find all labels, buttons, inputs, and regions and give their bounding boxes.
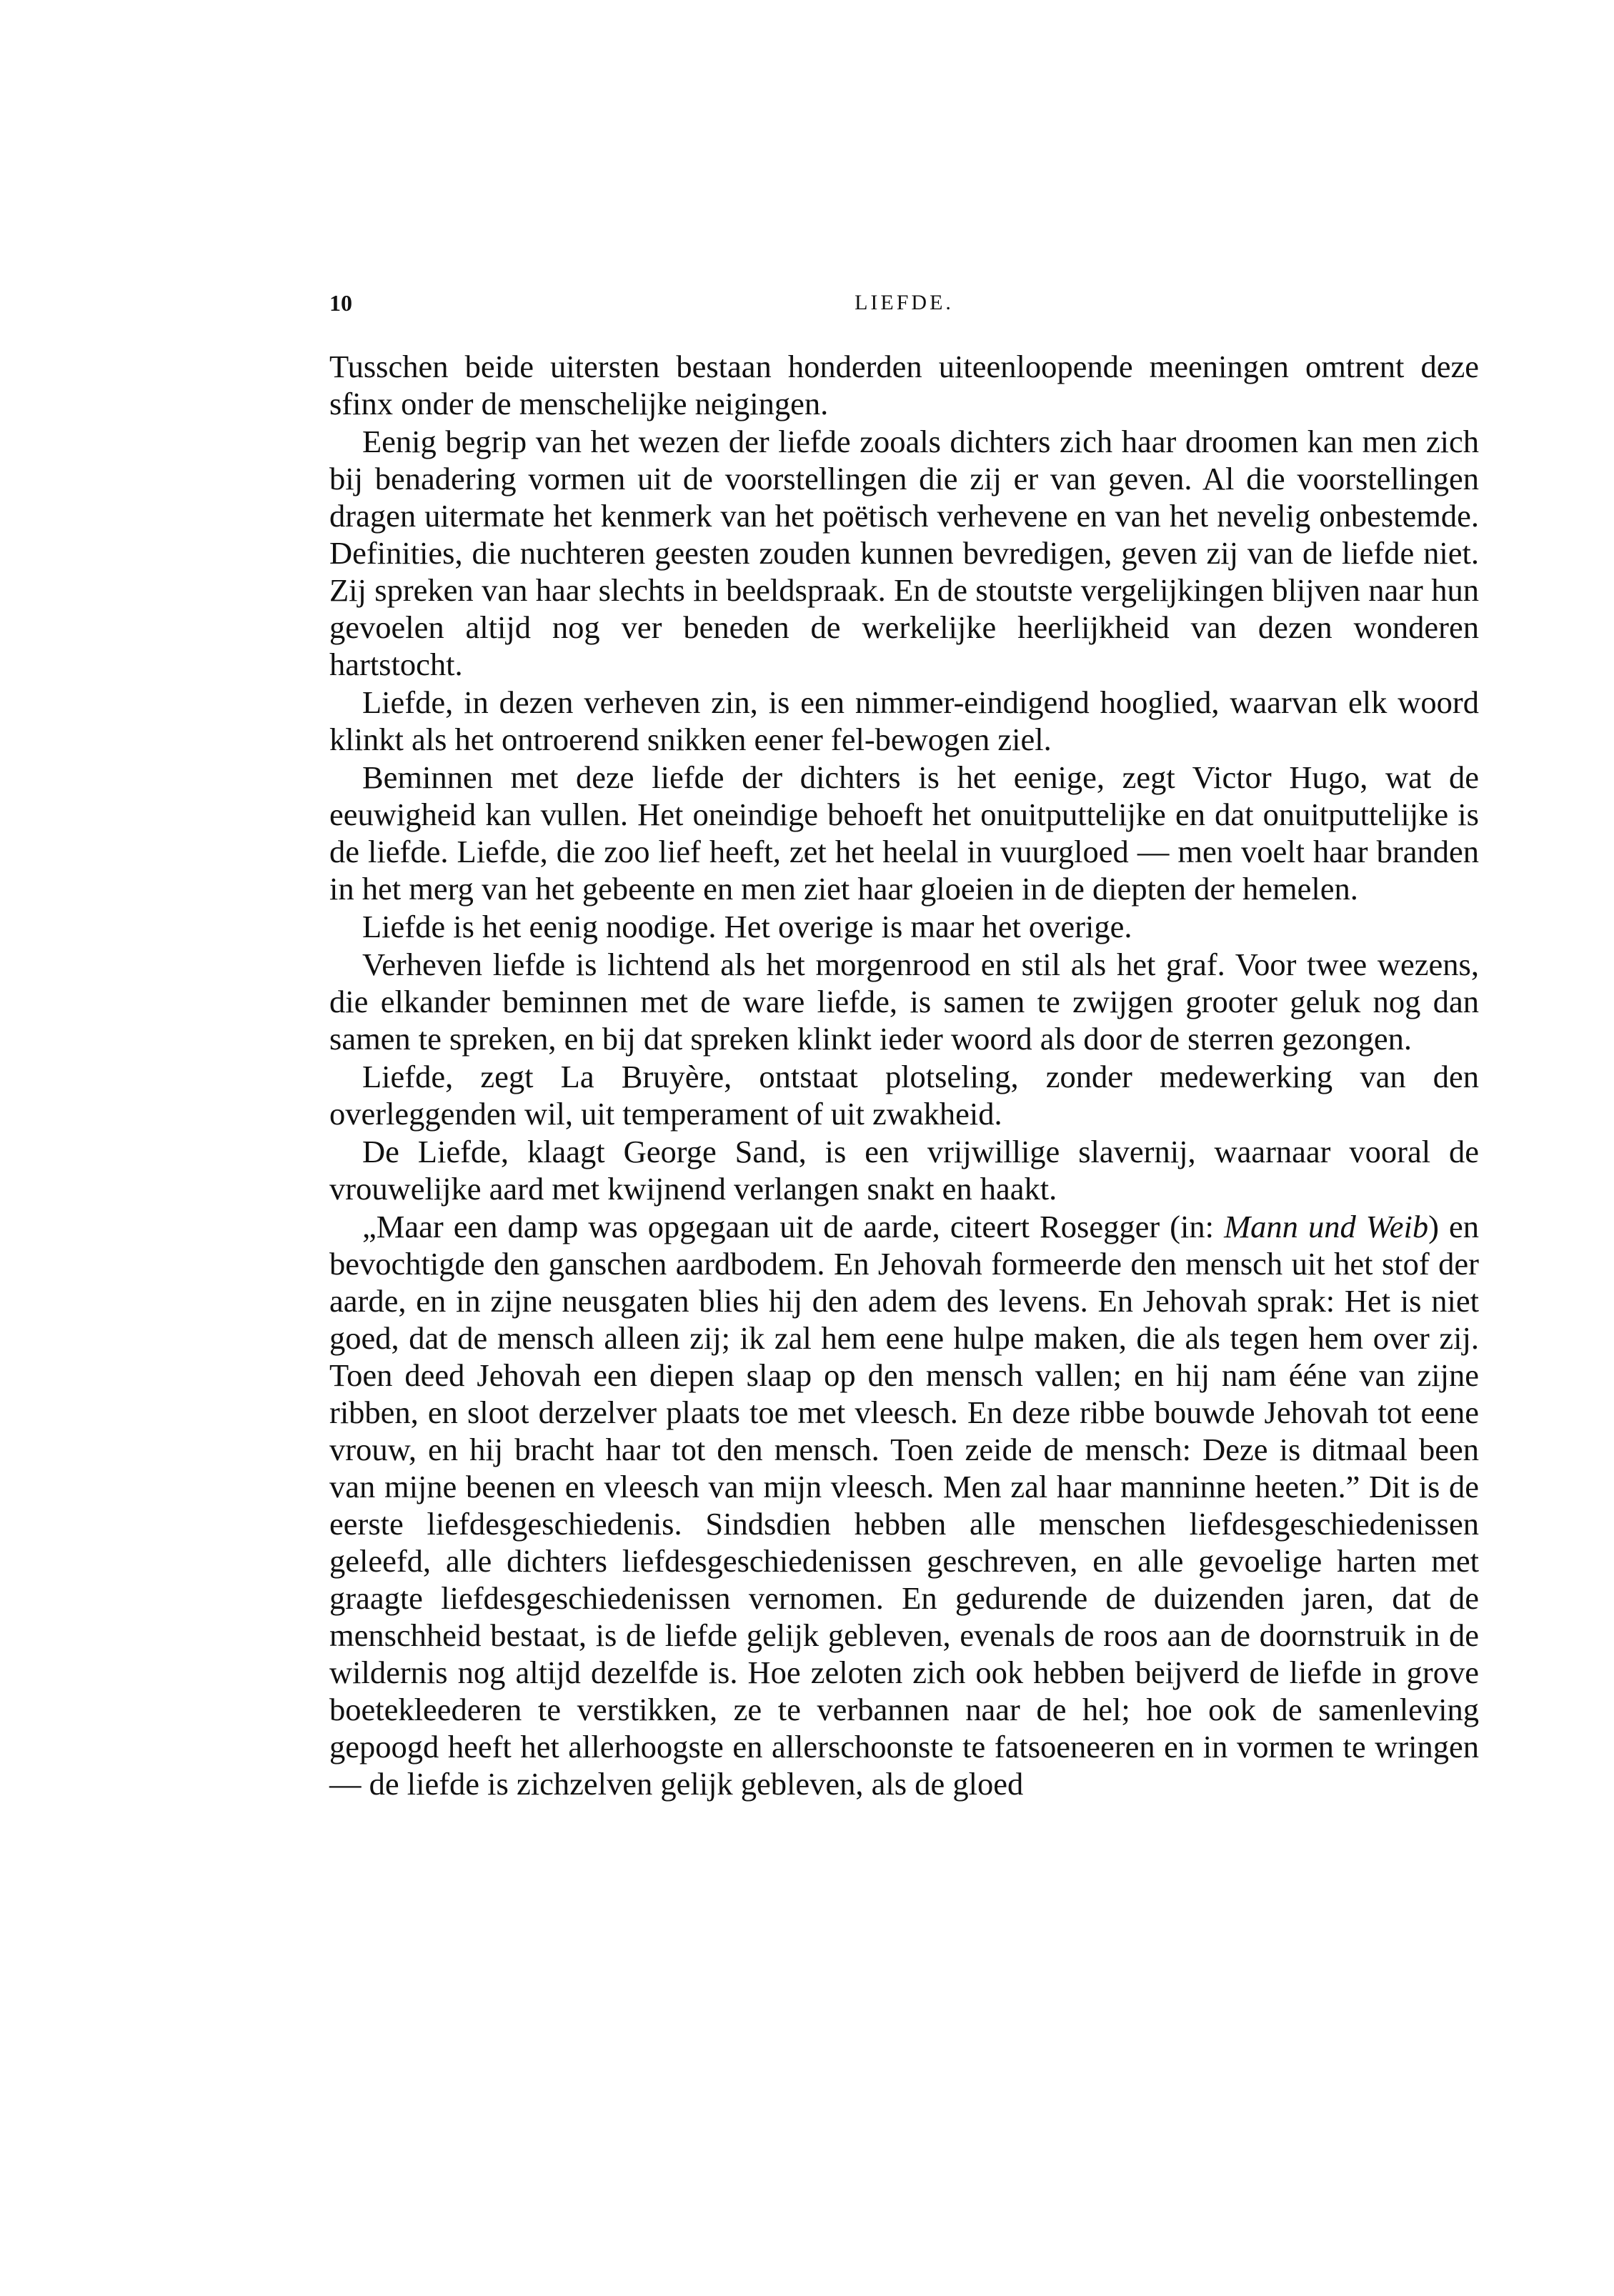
paragraph-victor-hugo: Beminnen met deze liefde der dichters is… <box>329 759 1479 907</box>
quote-text-before: „Maar een damp was opgegaan uit de aarde… <box>362 1209 1224 1244</box>
paragraph-eenig-noodige: Liefde is het eenig noodige. Het overige… <box>329 908 1479 945</box>
paragraph-intro: Tusschen beide uitersten bestaan honderd… <box>329 348 1479 422</box>
body-text: Tusschen beide uitersten bestaan honderd… <box>329 348 1479 1803</box>
quote-text-after: ) en bevochtigde den ganschen aardbodem.… <box>329 1209 1479 1802</box>
book-title-italic: Mann und Weib <box>1224 1209 1428 1244</box>
paragraph-george-sand: De Liefde, klaagt George Sand, is een vr… <box>329 1133 1479 1207</box>
running-title: LIEFDE. <box>329 289 1479 317</box>
paragraph-la-bruyere: Liefde, zegt La Bruyère, ontstaat plotse… <box>329 1058 1479 1132</box>
paragraph-hooglied: Liefde, in dezen verheven zin, is een ni… <box>329 684 1479 758</box>
page-header: 10 LIEFDE. <box>329 289 1479 317</box>
paragraph-rosegger-quote: „Maar een damp was opgegaan uit de aarde… <box>329 1208 1479 1802</box>
paragraph-verheven-liefde: Verheven liefde is lichtend als het morg… <box>329 946 1479 1057</box>
paragraph-poets-conception: Eenig begrip van het wezen der liefde zo… <box>329 423 1479 683</box>
